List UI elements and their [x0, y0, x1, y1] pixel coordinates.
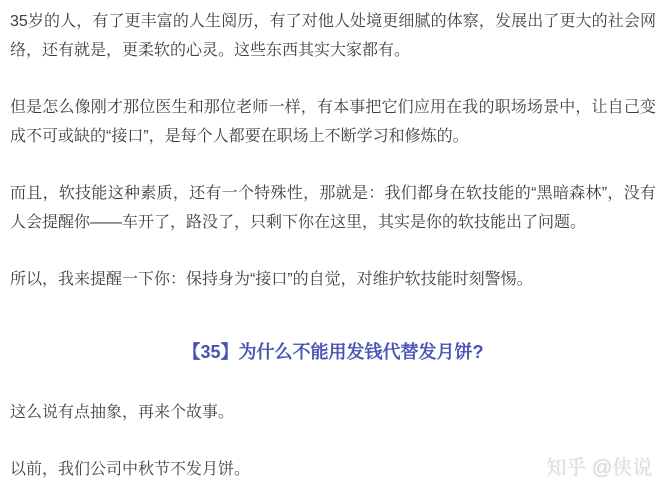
article-content: 35岁的人，有了更丰富的人生阅历，有了对他人处境更细腻的体察，发展出了更大的社会…: [0, 0, 666, 484]
section-heading: 【35】为什么不能用发钱代替发月饼?: [10, 336, 656, 368]
paragraph: 但是怎么像刚才那位医生和那位老师一样，有本事把它们应用在我的职场场景中，让自己变…: [10, 93, 656, 151]
paragraph: 这么说有点抽象，再来个故事。: [10, 398, 656, 427]
paragraph: 所以，我来提醒一下你：保持身为“接口”的自觉，对维护软技能时刻警惕。: [10, 265, 656, 294]
paragraph: 而且，软技能这种素质，还有一个特殊性，那就是：我们都身在软技能的“黑暗森林”，没…: [10, 179, 656, 237]
paragraph: 35岁的人，有了更丰富的人生阅历，有了对他人处境更细腻的体察，发展出了更大的社会…: [10, 7, 656, 65]
watermark: 知乎 @侠说: [546, 456, 652, 480]
